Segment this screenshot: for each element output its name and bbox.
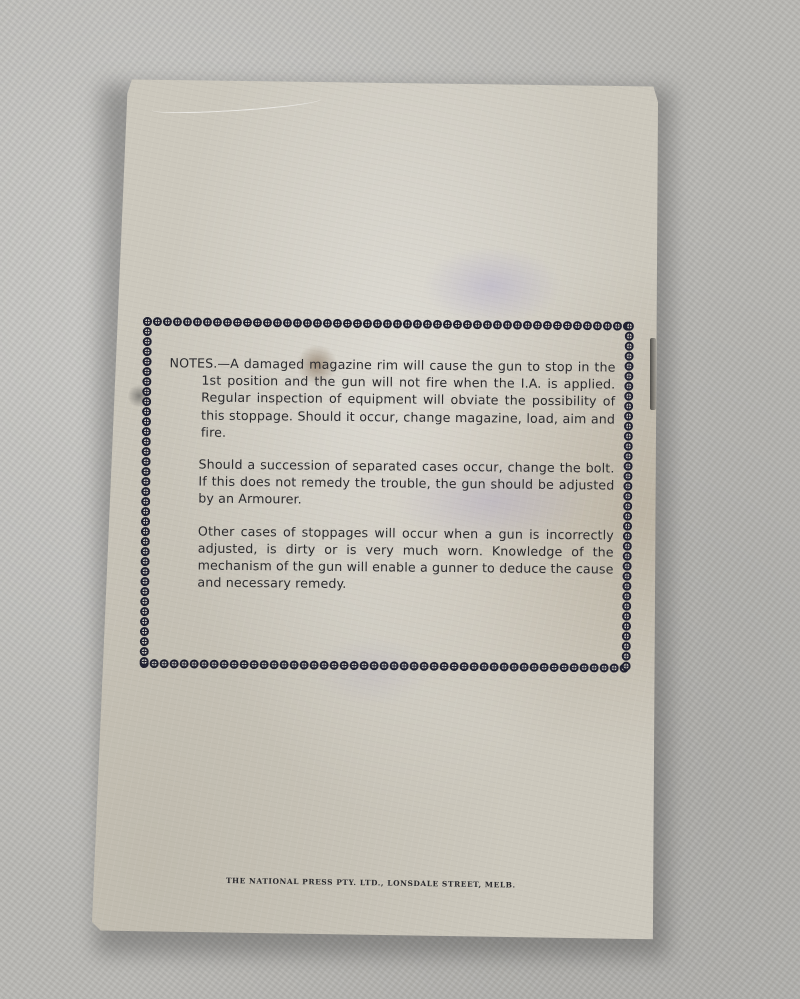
border-ornament-icon	[412, 319, 421, 328]
border-ornament-icon	[140, 576, 149, 585]
border-ornament-icon	[589, 663, 598, 672]
notes-box: NOTES.—A damaged magazine rim will cause…	[139, 316, 634, 673]
border-ornament-icon	[139, 646, 148, 655]
border-ornament-icon	[624, 361, 633, 370]
border-ornament-icon	[622, 521, 631, 530]
border-ornament-icon	[141, 476, 150, 485]
border-ornament-icon	[492, 320, 501, 329]
border-ornament-icon	[142, 317, 151, 326]
border-ornament-icon	[459, 662, 468, 671]
border-ornament-icon	[542, 320, 551, 329]
border-ornament-icon	[242, 317, 251, 326]
border-ornament-icon	[549, 662, 558, 671]
ornamental-border-left	[139, 316, 152, 668]
border-ornament-icon	[569, 663, 578, 672]
border-ornament-icon	[502, 320, 511, 329]
border-ornament-icon	[432, 319, 441, 328]
border-ornament-icon	[159, 659, 168, 668]
border-ornament-icon	[499, 662, 508, 671]
border-ornament-icon	[232, 317, 241, 326]
border-ornament-icon	[142, 357, 151, 366]
border-ornament-icon	[389, 661, 398, 670]
border-ornament-icon	[623, 471, 632, 480]
border-ornament-icon	[489, 662, 498, 671]
border-ornament-icon	[140, 556, 149, 565]
border-ornament-icon	[612, 321, 621, 330]
border-ornament-icon	[199, 659, 208, 668]
border-ornament-icon	[623, 501, 632, 510]
border-ornament-icon	[472, 320, 481, 329]
border-ornament-icon	[139, 656, 148, 665]
border-ornament-icon	[624, 321, 633, 330]
notes-paragraph-3: Other cases of stoppages will occur when…	[167, 522, 614, 595]
ink-stain	[422, 246, 562, 326]
border-ornament-icon	[442, 319, 451, 328]
border-ornament-icon	[621, 631, 630, 640]
border-ornament-icon	[140, 616, 149, 625]
border-ornament-icon	[623, 491, 632, 500]
border-ornament-icon	[452, 319, 461, 328]
notes-paragraph-1: NOTES.—A damaged magazine rim will cause…	[169, 354, 616, 444]
border-ornament-icon	[572, 321, 581, 330]
border-ornament-icon	[512, 320, 521, 329]
border-ornament-icon	[621, 661, 630, 670]
border-ornament-icon	[509, 662, 518, 671]
border-ornament-icon	[582, 321, 591, 330]
border-ornament-icon	[622, 531, 631, 540]
border-ornament-icon	[623, 511, 632, 520]
border-ornament-icon	[239, 659, 248, 668]
border-ornament-icon	[289, 660, 298, 669]
border-ornament-icon	[359, 661, 368, 670]
border-ornament-icon	[141, 506, 150, 515]
border-ornament-icon	[623, 461, 632, 470]
border-ornament-icon	[622, 611, 631, 620]
border-ornament-icon	[140, 566, 149, 575]
border-ornament-icon	[372, 319, 381, 328]
border-ornament-icon	[142, 327, 151, 336]
border-ornament-icon	[309, 660, 318, 669]
border-ornament-icon	[529, 662, 538, 671]
border-ornament-icon	[222, 317, 231, 326]
staple-edge	[650, 338, 656, 410]
border-ornament-icon	[519, 662, 528, 671]
border-ornament-icon	[532, 320, 541, 329]
border-ornament-icon	[469, 662, 478, 671]
border-ornament-icon	[142, 387, 151, 396]
border-ornament-icon	[142, 407, 151, 416]
border-ornament-icon	[622, 561, 631, 570]
border-ornament-icon	[139, 636, 148, 645]
border-ornament-icon	[622, 541, 631, 550]
border-ornament-icon	[624, 351, 633, 360]
border-ornament-icon	[302, 318, 311, 327]
border-ornament-icon	[139, 626, 148, 635]
border-ornament-icon	[621, 651, 630, 660]
border-ornament-icon	[189, 659, 198, 668]
border-ornament-icon	[342, 318, 351, 327]
border-ornament-icon	[262, 318, 271, 327]
border-ornament-icon	[142, 397, 151, 406]
border-ornament-icon	[249, 660, 258, 669]
border-ornament-icon	[179, 659, 188, 668]
border-ornament-icon	[402, 319, 411, 328]
border-ornament-icon	[379, 661, 388, 670]
border-ornament-icon	[562, 321, 571, 330]
border-ornament-icon	[299, 660, 308, 669]
border-ornament-icon	[142, 337, 151, 346]
border-ornament-icon	[319, 660, 328, 669]
border-ornament-icon	[579, 663, 588, 672]
border-ornament-icon	[559, 663, 568, 672]
border-ornament-icon	[624, 381, 633, 390]
border-ornament-icon	[141, 446, 150, 455]
border-ornament-icon	[369, 661, 378, 670]
border-ornament-icon	[624, 371, 633, 380]
border-ornament-icon	[399, 661, 408, 670]
border-ornament-icon	[141, 417, 150, 426]
border-ornament-icon	[539, 662, 548, 671]
border-ornament-icon	[409, 661, 418, 670]
border-ornament-icon	[142, 347, 151, 356]
border-ornament-icon	[292, 318, 301, 327]
border-ornament-icon	[279, 660, 288, 669]
border-ornament-icon	[609, 663, 618, 672]
border-ornament-icon	[624, 411, 633, 420]
border-ornament-icon	[329, 660, 338, 669]
border-ornament-icon	[141, 496, 150, 505]
border-ornament-icon	[219, 659, 228, 668]
border-ornament-icon	[141, 436, 150, 445]
border-ornament-icon	[192, 317, 201, 326]
border-ornament-icon	[621, 641, 630, 650]
border-ornament-icon	[142, 377, 151, 386]
border-ornament-icon	[140, 596, 149, 605]
border-ornament-icon	[312, 318, 321, 327]
border-ornament-icon	[624, 401, 633, 410]
border-ornament-icon	[592, 321, 601, 330]
border-ornament-icon	[162, 317, 171, 326]
border-ornament-icon	[141, 486, 150, 495]
border-ornament-icon	[419, 661, 428, 670]
border-ornament-icon	[172, 317, 181, 326]
border-ornament-icon	[202, 317, 211, 326]
border-ornament-icon	[182, 317, 191, 326]
border-ornament-icon	[269, 660, 278, 669]
border-ornament-icon	[332, 318, 341, 327]
border-ornament-icon	[422, 319, 431, 328]
border-ornament-icon	[152, 317, 161, 326]
notes-paragraph-2: Should a succession of separated cases o…	[168, 455, 614, 511]
border-ornament-icon	[622, 571, 631, 580]
border-ornament-icon	[140, 606, 149, 615]
border-ornament-icon	[479, 662, 488, 671]
border-ornament-icon	[599, 663, 608, 672]
notes-text: NOTES.—A damaged magazine rim will cause…	[167, 354, 615, 610]
border-ornament-icon	[209, 659, 218, 668]
border-ornament-icon	[169, 659, 178, 668]
border-ornament-icon	[522, 320, 531, 329]
border-ornament-icon	[282, 318, 291, 327]
border-ornament-icon	[229, 659, 238, 668]
border-ornament-icon	[349, 661, 358, 670]
border-ornament-icon	[252, 318, 261, 327]
border-ornament-icon	[429, 661, 438, 670]
border-ornament-icon	[142, 367, 151, 376]
border-ornament-icon	[141, 456, 150, 465]
border-ornament-icon	[623, 481, 632, 490]
border-ornament-icon	[622, 621, 631, 630]
border-ornament-icon	[212, 317, 221, 326]
border-ornament-icon	[439, 661, 448, 670]
border-ornament-icon	[623, 431, 632, 440]
border-ornament-icon	[622, 581, 631, 590]
border-ornament-icon	[622, 591, 631, 600]
border-ornament-icon	[272, 318, 281, 327]
border-ornament-icon	[140, 586, 149, 595]
border-ornament-icon	[141, 466, 150, 475]
border-ornament-icon	[624, 391, 633, 400]
border-ornament-icon	[449, 661, 458, 670]
border-ornament-icon	[623, 441, 632, 450]
border-ornament-icon	[352, 319, 361, 328]
border-ornament-icon	[259, 660, 268, 669]
border-ornament-icon	[623, 421, 632, 430]
border-ornament-icon	[624, 331, 633, 340]
border-ornament-icon	[622, 601, 631, 610]
border-ornament-icon	[322, 318, 331, 327]
border-ornament-icon	[623, 451, 632, 460]
border-ornament-icon	[602, 321, 611, 330]
border-ornament-icon	[382, 319, 391, 328]
border-ornament-icon	[462, 320, 471, 329]
border-ornament-icon	[140, 526, 149, 535]
border-ornament-icon	[622, 551, 631, 560]
border-ornament-icon	[552, 320, 561, 329]
border-ornament-icon	[392, 319, 401, 328]
border-ornament-icon	[140, 536, 149, 545]
border-ornament-icon	[140, 516, 149, 525]
border-ornament-icon	[149, 659, 158, 668]
border-ornament-icon	[482, 320, 491, 329]
border-ornament-icon	[339, 660, 348, 669]
border-ornament-icon	[140, 546, 149, 555]
border-ornament-icon	[141, 426, 150, 435]
border-ornament-icon	[624, 341, 633, 350]
border-ornament-icon	[362, 319, 371, 328]
